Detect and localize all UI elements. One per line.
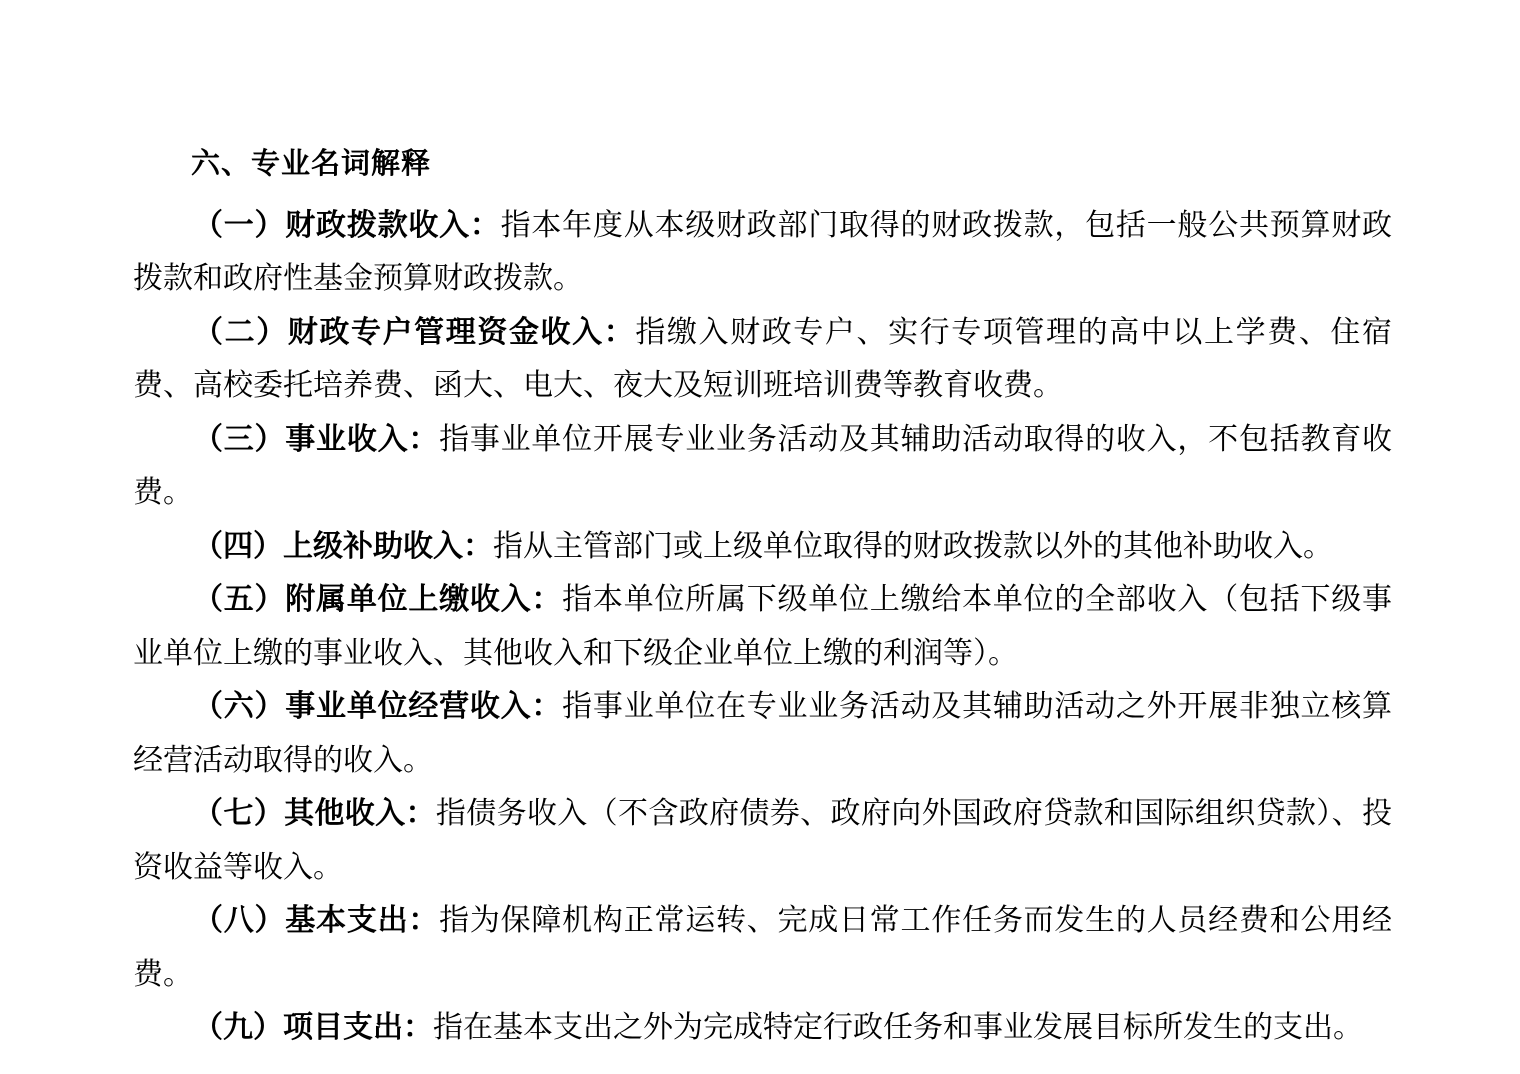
term-label: （六）事业单位经营收入： (193, 690, 562, 723)
term-label: （五）附属单位上缴收入： (193, 583, 562, 616)
term-label: （二）财政专户管理资金收入： (193, 316, 635, 349)
term-definition: 指从主管部门或上级单位取得的财政拨款以外的其他补助收入。 (493, 530, 1333, 563)
definition-paragraph-basic-expenditure: （八）基本支出：指为保障机构正常运转、完成日常工作任务而发生的人员经费和公用经费… (133, 894, 1392, 1001)
document-page: 六、专业名词解释 （一）财政拨款收入：指本年度从本级财政部门取得的财政拨款，包括… (0, 0, 1520, 1074)
section-heading: 六、专业名词解释 (133, 138, 1392, 192)
term-label: （三）事业收入： (193, 423, 439, 456)
term-label: （七）其他收入： (193, 797, 436, 830)
term-label: （四）上级补助收入： (193, 530, 493, 563)
definition-paragraph-fiscal-appropriation-income: （一）财政拨款收入：指本年度从本级财政部门取得的财政拨款，包括一般公共预算财政拨… (133, 199, 1392, 306)
term-label: （一）财政拨款收入： (193, 209, 501, 242)
term-definition: 指在基本支出之外为完成特定行政任务和事业发展目标所发生的支出。 (433, 1011, 1363, 1044)
term-label: （八）基本支出： (193, 904, 439, 937)
definition-paragraph-affiliated-unit-remittance-income: （五）附属单位上缴收入：指本单位所属下级单位上缴给本单位的全部收入（包括下级事业… (133, 573, 1392, 680)
definition-paragraph-public-institution-income: （三）事业收入：指事业单位开展专业业务活动及其辅助活动取得的收入，不包括教育收费… (133, 413, 1392, 520)
definition-paragraph-other-income: （七）其他收入：指债务收入（不含政府债券、政府向外国政府贷款和国际组织贷款）、投… (133, 787, 1392, 894)
definition-paragraph-project-expenditure: （九）项目支出：指在基本支出之外为完成特定行政任务和事业发展目标所发生的支出。 (133, 1001, 1392, 1055)
term-label: （九）项目支出： (193, 1011, 433, 1044)
definitions-list: （一）财政拨款收入：指本年度从本级财政部门取得的财政拨款，包括一般公共预算财政拨… (133, 199, 1392, 1055)
definition-paragraph-fiscal-special-account-income: （二）财政专户管理资金收入：指缴入财政专户、实行专项管理的高中以上学费、住宿费、… (133, 306, 1392, 413)
definition-paragraph-operating-income: （六）事业单位经营收入：指事业单位在专业业务活动及其辅助活动之外开展非独立核算经… (133, 680, 1392, 787)
definition-paragraph-superior-subsidy-income: （四）上级补助收入：指从主管部门或上级单位取得的财政拨款以外的其他补助收入。 (133, 520, 1392, 574)
